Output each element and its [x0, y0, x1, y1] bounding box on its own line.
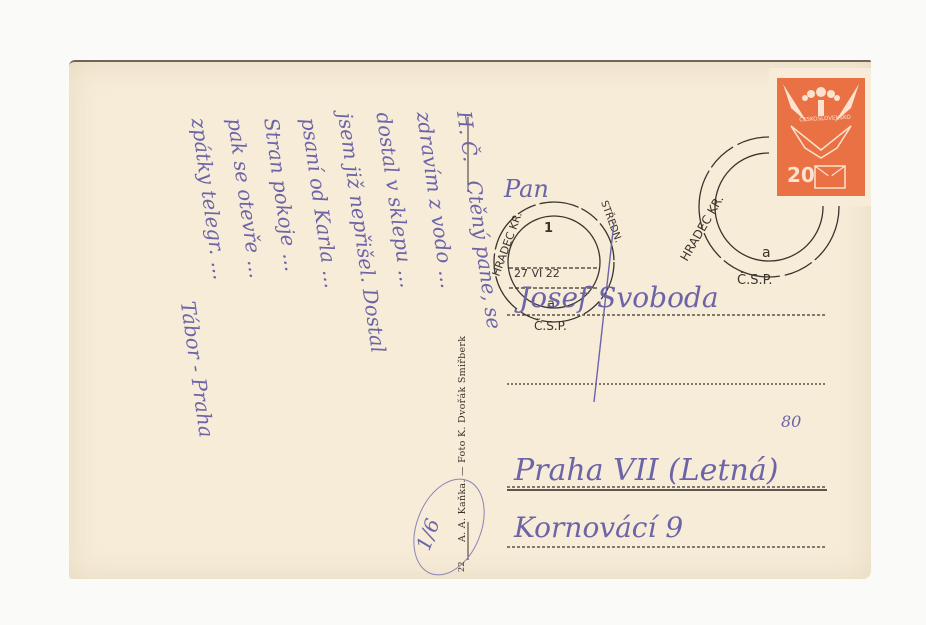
- postmark-left-number: 1: [544, 221, 553, 236]
- postmark-right-bottom: Č.S.P.: [737, 272, 773, 288]
- message-line-1: zdravím z vodo ...: [412, 109, 461, 290]
- publisher-credit: A. A. Kaňka. — Foto K. Dvořák Smiřberk: [457, 336, 468, 542]
- stamp-face: ČESKOSLOVENSKO 20: [777, 78, 865, 196]
- divider-ellipse: [401, 469, 498, 586]
- address-street: Kornovácí 9: [513, 511, 683, 544]
- address-city: Praha VII (Letná): [513, 453, 778, 488]
- postmark-left-bottom: Č.S.P.: [534, 318, 567, 333]
- card-number: 22: [457, 561, 466, 572]
- stamp-value: 20: [787, 163, 815, 187]
- postage-stamp: ČESKOSLOVENSKO 20: [769, 68, 871, 206]
- message-greeting: H. Č.: [452, 108, 484, 163]
- address-prefix: Pan: [503, 175, 549, 203]
- postcard: 27 VI 22 1 a Č.S.P. HRADEC KR. STŘEDN. a…: [69, 60, 871, 579]
- divider-marking: 1/6: [411, 515, 445, 554]
- address-name: Josef Svoboda: [514, 281, 719, 314]
- postmark-left-date: 27 VI 22: [514, 267, 560, 280]
- message-signature: Tábor - Praha: [176, 300, 219, 439]
- postcard-ink-layer: 27 VI 22 1 a Č.S.P. HRADEC KR. STŘEDN. a…: [69, 62, 871, 579]
- address-house-number: 80: [781, 412, 801, 431]
- postmark-right-letter: a: [762, 245, 771, 261]
